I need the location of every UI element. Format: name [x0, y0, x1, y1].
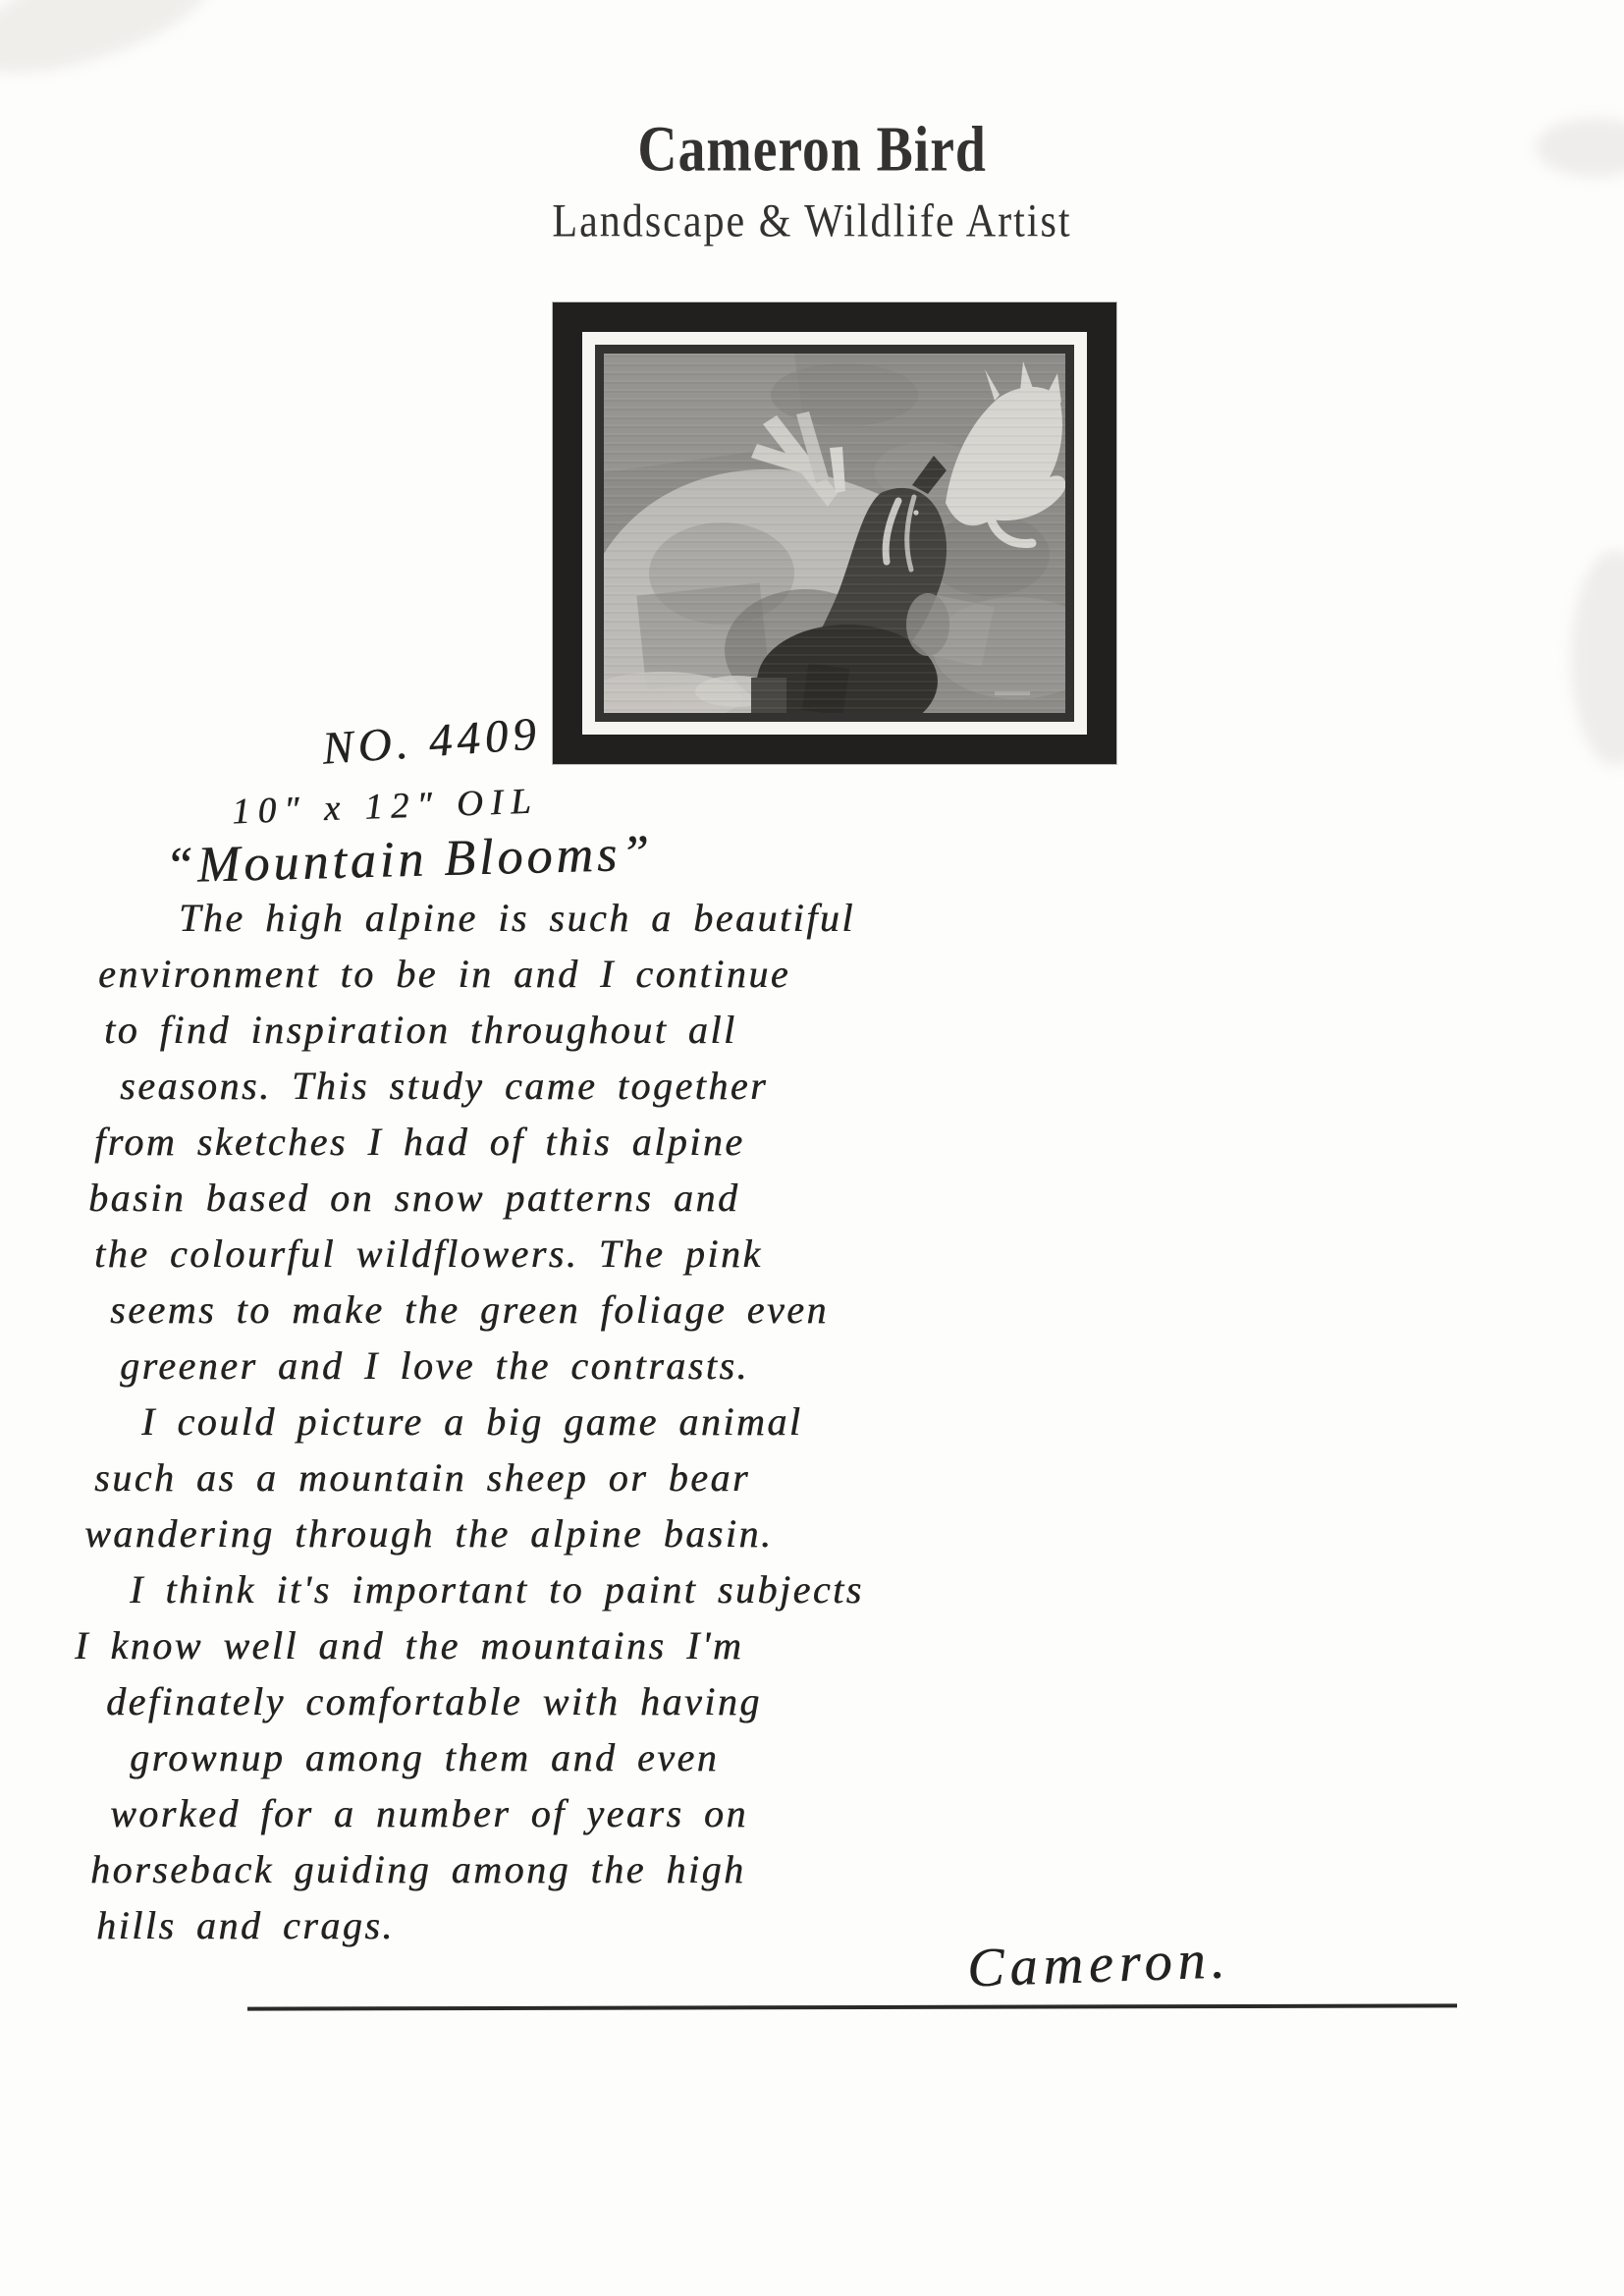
letter-line: environment to be in and I continue: [98, 946, 1581, 1002]
scan-smudge: [1571, 550, 1624, 766]
letter-line: greener and I love the contrasts.: [120, 1338, 1581, 1394]
letter-line: I know well and the mountains I'm: [75, 1617, 1581, 1673]
painting-size-medium: 10″ x 12″ OIL: [231, 781, 539, 834]
painting-frame: [553, 302, 1116, 764]
moose-illustration: [604, 354, 1065, 713]
moose-painting-image: [604, 354, 1065, 713]
letter-line: seems to make the green foliage even: [110, 1282, 1581, 1338]
letter-line: from sketches I had of this alpine: [94, 1114, 1581, 1170]
letter-line: such as a mountain sheep or bear: [94, 1449, 1581, 1505]
letter-line: wandering through the alpine basin.: [84, 1505, 1581, 1561]
painting-inner-edge: [595, 345, 1074, 722]
painting-number: NO. 4409: [320, 707, 542, 775]
painting-title: “Mountain Blooms”: [164, 825, 653, 896]
letter-line: hills and crags.: [96, 1897, 1581, 1953]
artist-name: Cameron Bird: [637, 111, 986, 186]
letter-line: basin based on snow patterns and: [88, 1170, 1581, 1226]
letter-line: definately comfortable with having: [106, 1673, 1581, 1729]
scan-smudge: [0, 0, 224, 96]
letter-line: The high alpine is such a beautiful: [179, 890, 1581, 946]
painting-mat: [582, 332, 1087, 735]
letter-line: I could picture a big game animal: [141, 1394, 1581, 1449]
letterhead: Cameron Bird Landscape & Wildlife Artist: [0, 116, 1624, 246]
scanned-letter-page: Cameron Bird Landscape & Wildlife Artist: [0, 0, 1624, 2296]
letter-line: to find inspiration throughout all: [104, 1002, 1581, 1058]
signature-underline: [247, 2003, 1457, 2010]
letter-line: the colourful wildflowers. The pink: [94, 1226, 1581, 1282]
letter-line: horseback guiding among the high: [90, 1841, 1581, 1897]
artist-tagline: Landscape & Wildlife Artist: [552, 195, 1071, 248]
letter-line: seasons. This study came together: [120, 1058, 1581, 1114]
letter-line: I think it's important to paint subjects: [130, 1561, 1581, 1617]
letter-line: grownup among them and even: [130, 1729, 1581, 1785]
letter-line: worked for a number of years on: [110, 1785, 1581, 1841]
letter-body: The high alpine is such a beautiful envi…: [69, 890, 1581, 1953]
signature: Cameron.: [966, 1928, 1231, 1999]
